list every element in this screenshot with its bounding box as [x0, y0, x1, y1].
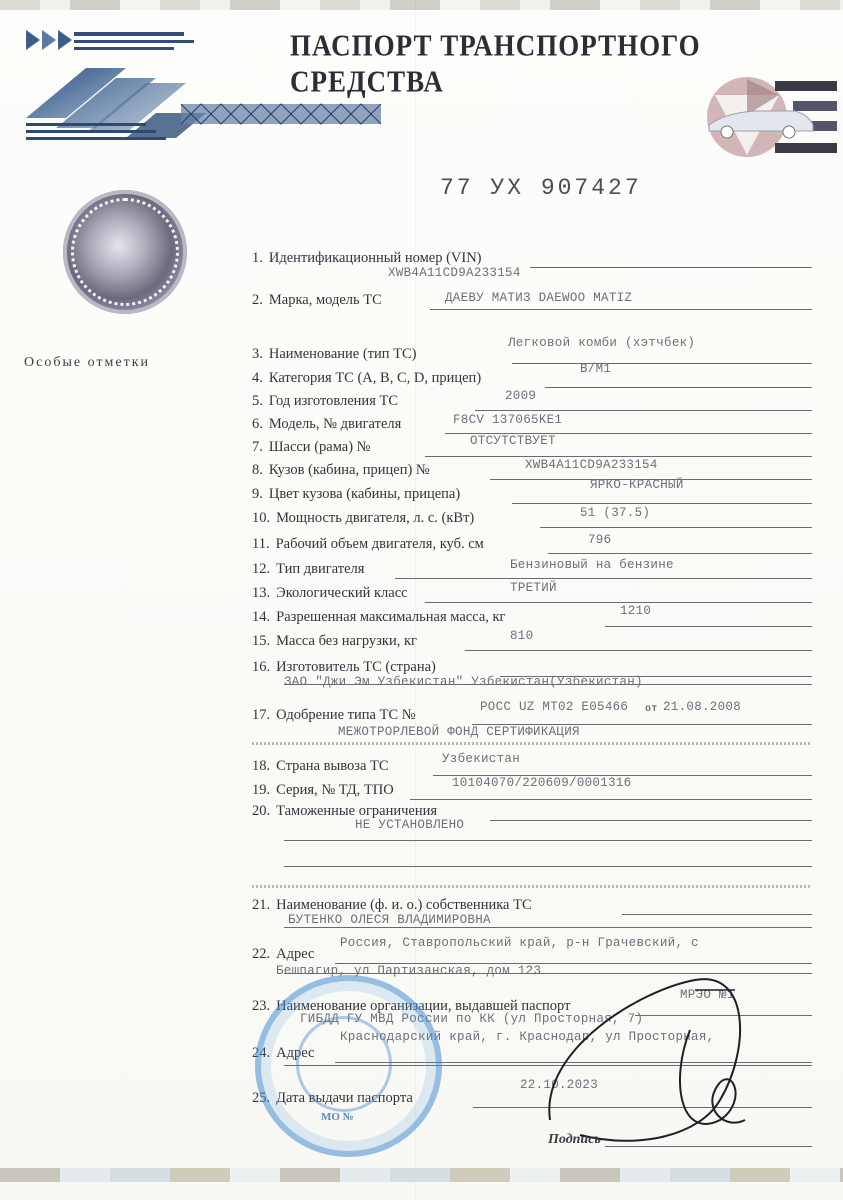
- field-value: ЗАО "Джи Эм Узбекистан" Узбекистан(Узбек…: [284, 675, 643, 689]
- field-number: 14.: [252, 609, 270, 625]
- field-value: ОТСУТСТВУЕТ: [470, 434, 556, 448]
- field-underline: [425, 456, 812, 457]
- field-row-1: 1.Идентификационный номер (VIN): [252, 250, 812, 267]
- field-value: ТРЕТИЙ: [510, 581, 557, 595]
- field-label: Адрес: [276, 946, 314, 962]
- field-row-14: 14.Разрешенная максимальная масса, кг: [252, 609, 812, 626]
- field-row-9: 9.Цвет кузова (кабины, прицепа): [252, 486, 812, 503]
- field-row-16: 16.Изготовитель ТС (страна): [252, 659, 812, 676]
- field-number: 11.: [252, 536, 270, 552]
- field-label: Рабочий объем двигателя, куб. см: [276, 536, 484, 552]
- field-value-line2: Бешпагир, ул Партизанская, дом 123: [276, 964, 541, 978]
- field-value: ДАЕВУ МАТИЗ DAEWOO MATIZ: [445, 291, 632, 305]
- field-number: 6.: [252, 416, 263, 432]
- field-label: Разрешенная максимальная масса, кг: [276, 609, 505, 625]
- field-value: XWB4A11CD9A233154: [388, 266, 521, 280]
- field-underline: [465, 650, 812, 651]
- field-number: 8.: [252, 462, 263, 478]
- field-value: 810: [510, 629, 533, 643]
- field-label: Идентификационный номер (VIN): [269, 250, 482, 266]
- field-row-4: 4.Категория ТС (A, B, C, D, прицеп): [252, 370, 812, 387]
- field-value: F8CV 137065KE1: [453, 413, 562, 427]
- field-underline: [512, 503, 812, 504]
- blank-line: [284, 927, 812, 928]
- field-value: 51 (37.5): [580, 506, 650, 520]
- special-marks-label: Особые отметки: [24, 355, 150, 371]
- field-value: B/M1: [580, 362, 611, 376]
- official-stamp-icon: МО №: [255, 975, 442, 1157]
- field-underline: [548, 553, 812, 554]
- field-number: 18.: [252, 758, 270, 774]
- field-value-date: 21.08.2008: [663, 700, 741, 714]
- field-number: 19.: [252, 782, 270, 798]
- field-value: XWB4A11CD9A233154: [525, 458, 658, 472]
- field-value: Бензиновый на бензине: [510, 558, 674, 572]
- field-label: Категория ТС (A, B, C, D, прицеп): [269, 370, 481, 386]
- field-number: 23.: [252, 998, 270, 1014]
- field-value-extra: МЕЖОТРОРЛЕВОЙ ФОНД СЕРТИФИКАЦИЯ: [338, 725, 580, 739]
- field-number: 1.: [252, 250, 263, 266]
- stamp-center: [296, 1016, 392, 1112]
- field-label: Модель, № двигателя: [269, 416, 401, 432]
- field-value: НЕ УСТАНОВЛЕНО: [355, 818, 464, 832]
- field-label: Таможенные ограничения: [276, 803, 437, 819]
- field-underline: [430, 309, 812, 310]
- field-label: Шасси (рама) №: [269, 439, 371, 455]
- field-value: РОСС UZ МТ02 Е05466: [480, 700, 628, 714]
- field-underline: [490, 820, 812, 821]
- field-number: 10.: [252, 510, 270, 526]
- field-row-21: 21.Наименование (ф. и. о.) собственника …: [252, 897, 812, 914]
- field-number: 21.: [252, 897, 270, 913]
- field-value: ЯРКО-КРАСНЫЙ: [590, 478, 684, 492]
- field-row-10: 10.Мощность двигателя, л. с. (кВт): [252, 510, 812, 527]
- field-value: 1210: [620, 604, 651, 618]
- field-value: 10104070/220609/0001316: [452, 776, 631, 790]
- field-label: Изготовитель ТС (страна): [276, 659, 436, 675]
- field-underline: [475, 410, 812, 411]
- blank-line: [284, 866, 812, 867]
- field-value: Россия, Ставропольский край, р-н Грачевс…: [340, 936, 699, 950]
- field-underline: [622, 914, 812, 915]
- field-label: Цвет кузова (кабины, прицепа): [269, 486, 460, 502]
- stamp-text: МО №: [321, 1111, 354, 1123]
- field-value: Легковой комби (хэтчбек): [508, 336, 695, 350]
- field-value: Узбекистан: [442, 752, 520, 766]
- blank-line: [284, 840, 812, 841]
- field-number: 3.: [252, 346, 263, 362]
- field-value-date-prefix: от: [645, 704, 658, 715]
- field-row-18: 18.Страна вывоза ТС: [252, 758, 812, 775]
- field-row-20: 20.Таможенные ограничения: [252, 803, 812, 820]
- field-underline: [512, 363, 812, 364]
- field-label: Год изготовления ТС: [269, 393, 398, 409]
- field-underline: [605, 626, 812, 627]
- top-security-strip: [0, 0, 843, 10]
- field-label: Экологический класс: [276, 585, 407, 601]
- field-number: 17.: [252, 707, 270, 723]
- field-underline: [545, 387, 812, 388]
- field-label: Наименование (ф. и. о.) собственника ТС: [276, 897, 532, 913]
- car-emblem-icon: [705, 75, 840, 160]
- field-row-11: 11.Рабочий объем двигателя, куб. см: [252, 536, 812, 553]
- passport-serial-number: 77 УХ 907427: [440, 175, 642, 201]
- field-number: 16.: [252, 659, 270, 675]
- field-value: 796: [588, 533, 611, 547]
- field-number: 13.: [252, 585, 270, 601]
- field-underline: [425, 602, 812, 603]
- field-number: 12.: [252, 561, 270, 577]
- security-dotted-line: [252, 885, 812, 888]
- field-underline-2: [645, 724, 812, 725]
- field-label: Кузов (кабина, прицеп) №: [269, 462, 430, 478]
- field-label: Одобрение типа ТС №: [276, 707, 415, 723]
- field-number: 5.: [252, 393, 263, 409]
- vehicle-passport-page: ПАСПОРТ ТРАНСПОРТНОГО СРЕДСТВА 77 УХ 907…: [0, 0, 843, 1200]
- field-number: 15.: [252, 633, 270, 649]
- field-label: Тип двигателя: [276, 561, 364, 577]
- security-dotted-line: [252, 742, 812, 745]
- field-underline: [540, 527, 812, 528]
- hologram-emblem-icon: [63, 190, 187, 314]
- field-label: Мощность двигателя, л. с. (кВт): [276, 510, 474, 526]
- field-label: Марка, модель ТС: [269, 292, 382, 308]
- field-underline: [410, 799, 812, 800]
- field-number: 7.: [252, 439, 263, 455]
- blank-line: [284, 684, 812, 685]
- field-underline: [530, 267, 812, 268]
- field-label: Наименование (тип ТС): [269, 346, 417, 362]
- field-underline: [395, 578, 812, 579]
- field-label: Страна вывоза ТС: [276, 758, 388, 774]
- field-value: 2009: [505, 389, 536, 403]
- signature-label: Подпись: [548, 1132, 601, 1148]
- field-number: 4.: [252, 370, 263, 386]
- field-number: 9.: [252, 486, 263, 502]
- field-number: 2.: [252, 292, 263, 308]
- field-number: 22.: [252, 946, 270, 962]
- field-number: 20.: [252, 803, 270, 819]
- bottom-security-strip: [0, 1168, 843, 1182]
- field-value: БУТЕНКО ОЛЕСЯ ВЛАДИМИРОВНА: [288, 913, 491, 927]
- field-label: Масса без нагрузки, кг: [276, 633, 417, 649]
- field-label: Серия, № ТД, ТПО: [276, 782, 394, 798]
